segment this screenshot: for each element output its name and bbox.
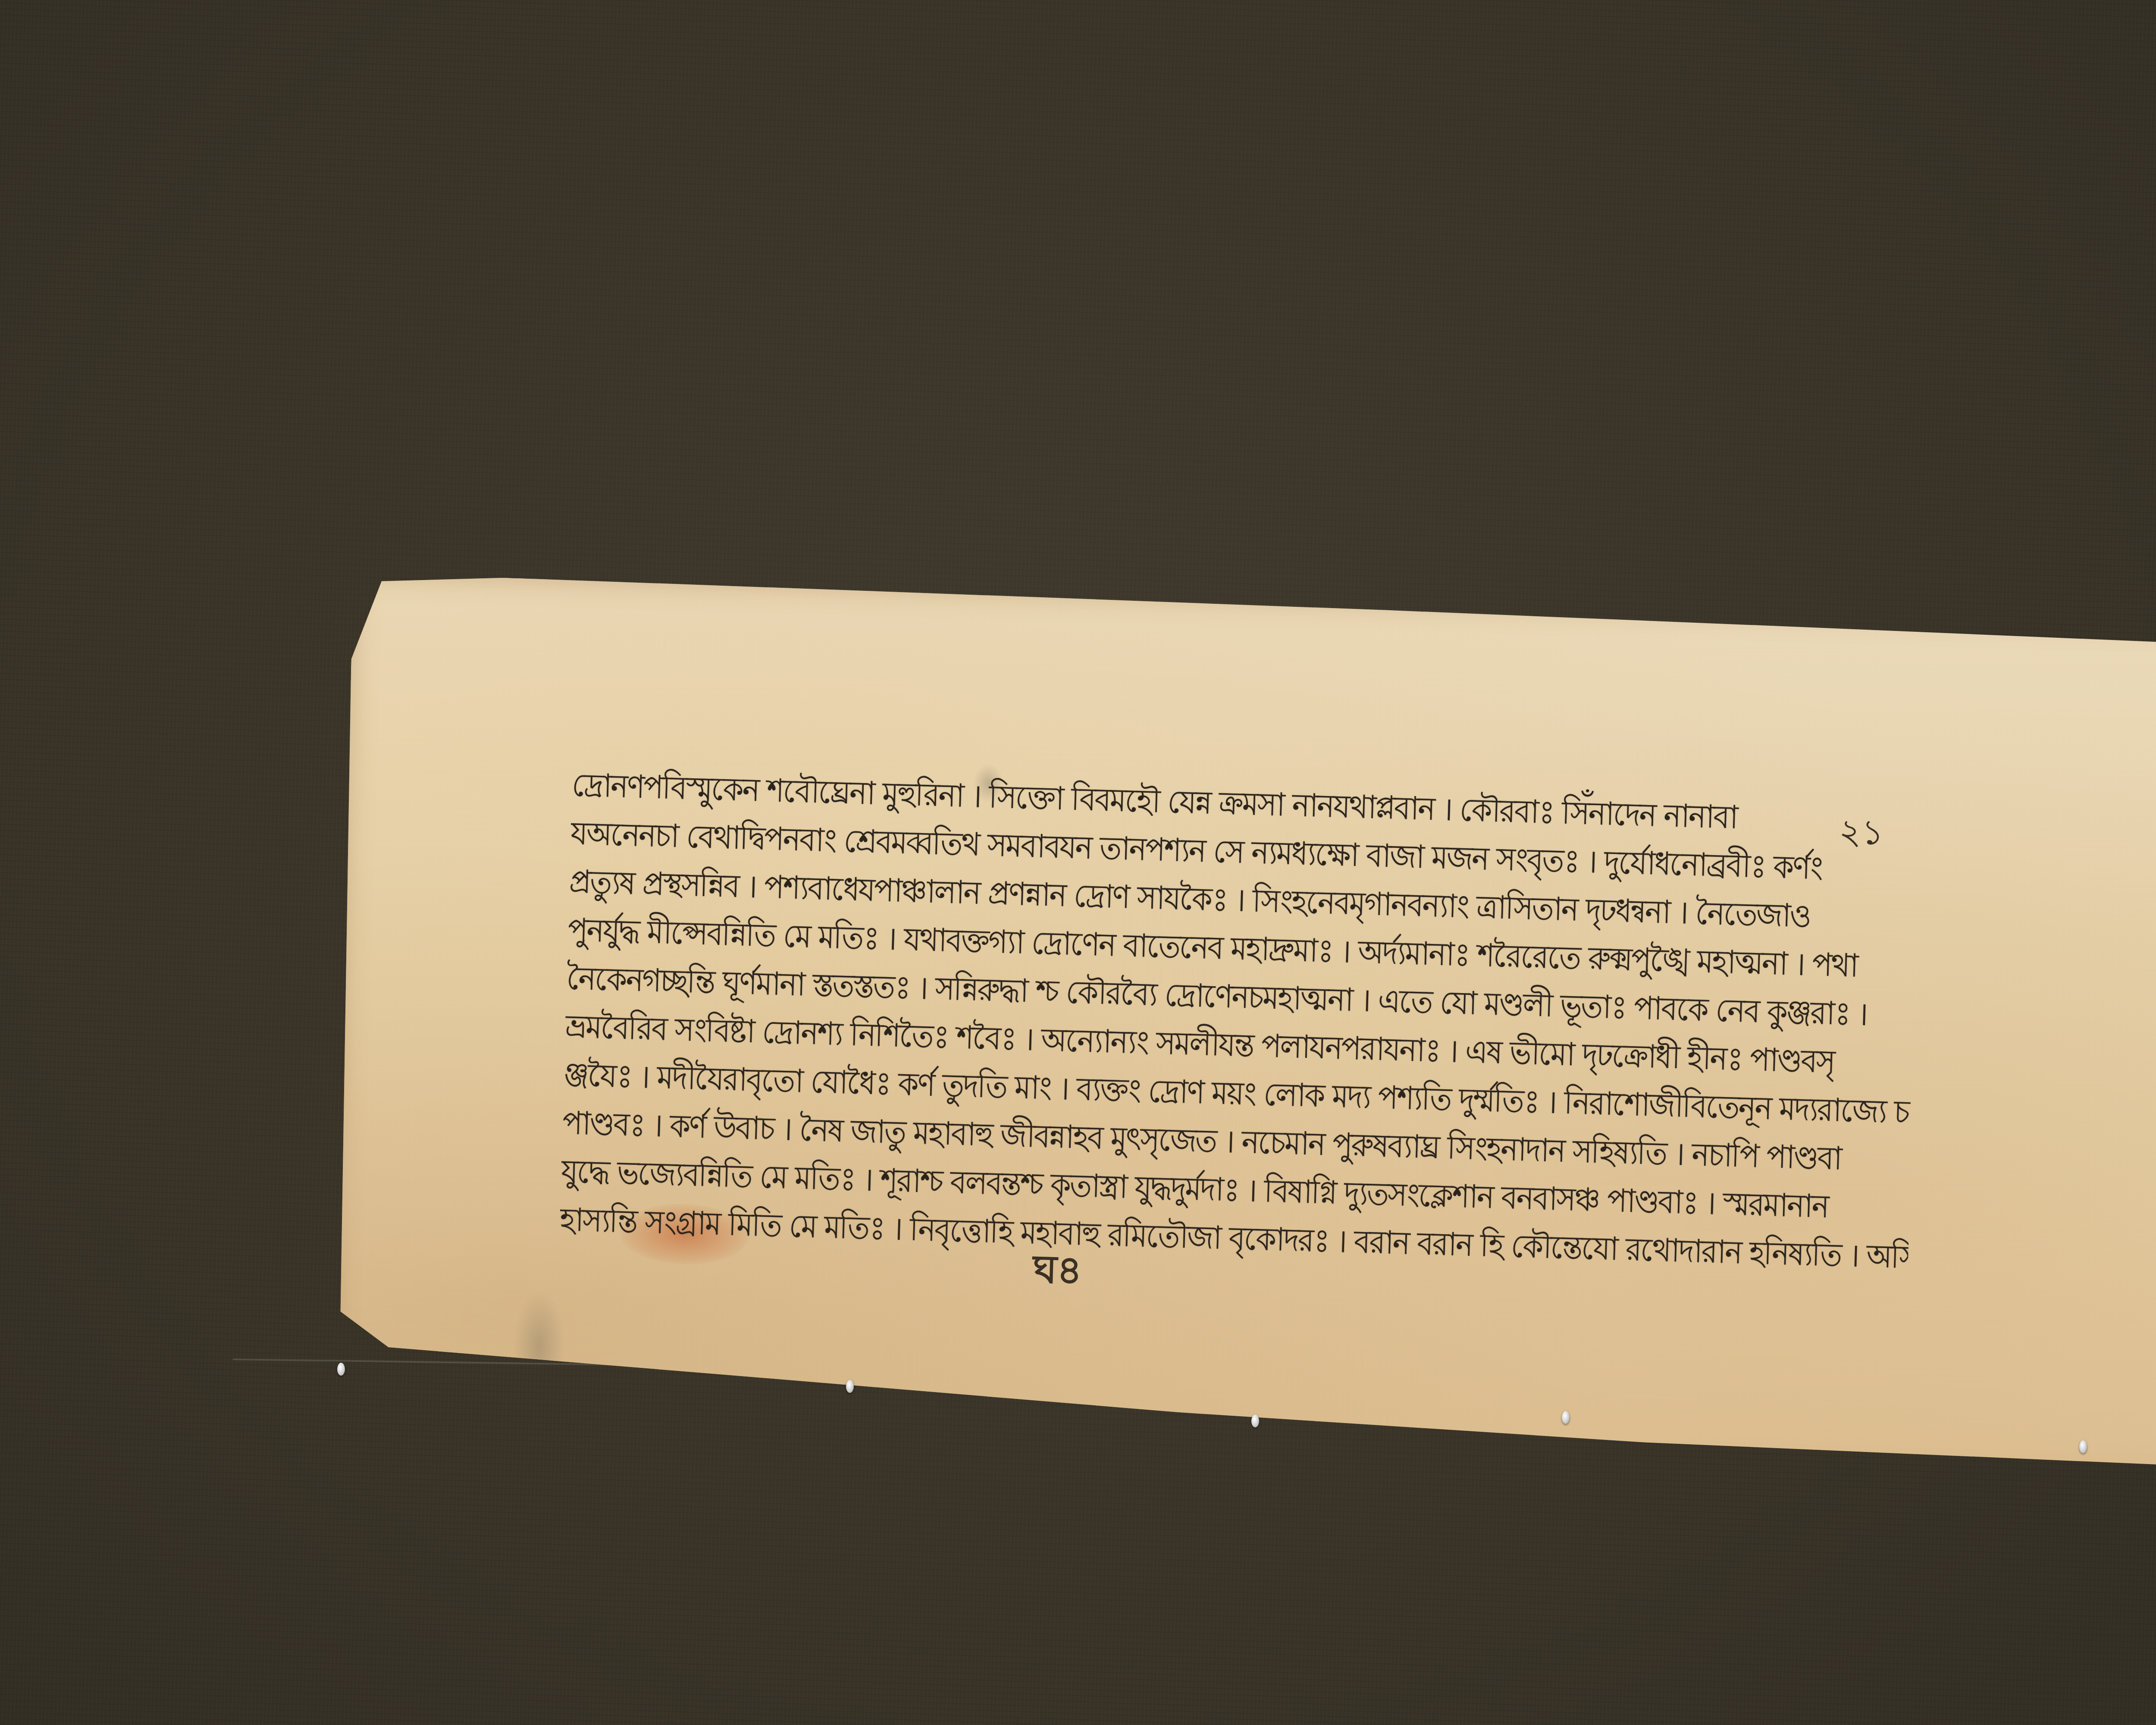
mounting-pin — [846, 1380, 854, 1393]
mounting-pin — [1562, 1411, 1570, 1424]
manuscript-text: দ্রোনণপবিস্মুকেন শবৌঘ্রেনা মুহুরিনা । সি… — [559, 761, 2038, 1284]
mounting-pin — [337, 1363, 345, 1376]
manuscript-folio: ২১ দ্রোনণপবিস্মুকেন শবৌঘ্রেনা মুহুরিনা ।… — [329, 574, 2156, 1484]
folio-mark: ঘ৪ — [1032, 1240, 1083, 1306]
mounting-pin — [2079, 1440, 2087, 1453]
mounting-pin — [1251, 1414, 1259, 1427]
